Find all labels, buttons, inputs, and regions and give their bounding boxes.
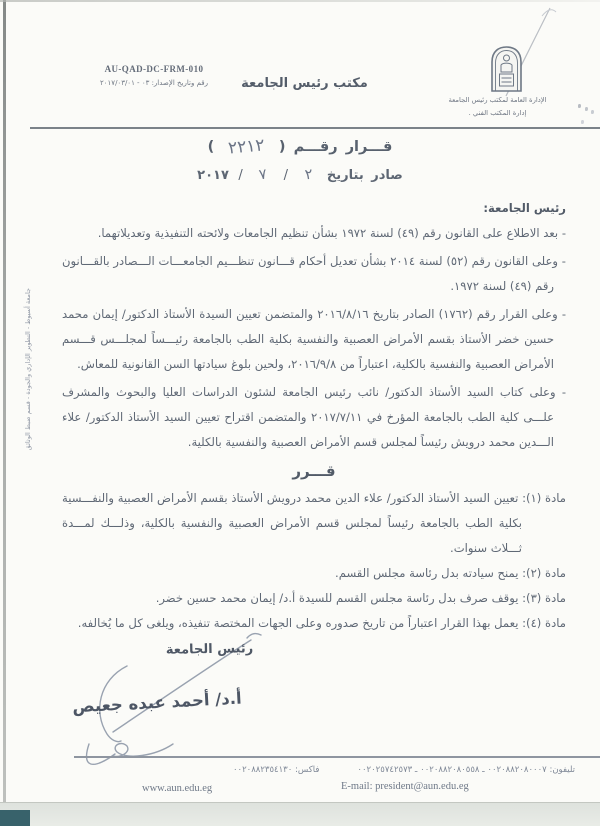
scan-bottom-strip [0,802,600,826]
scan-corner-artifact [0,810,30,826]
phone-label: تليفون: [549,765,575,775]
article-2: مادة (٢): يمنح سيادته بدل رئاسة مجلس الق… [62,561,566,586]
decree-date-line: صادر بتاريخ ٢ / ٧ / ٢٠١٧ [140,167,460,183]
article-3: مادة (٣): يوقف صرف بدل رئاسة مجلس القسم … [62,586,566,611]
decree-body: رئيس الجامعة: - بعد الاطلاع على القانون … [62,196,566,636]
decree-title: قـــرار رقـــم ( ٢٢١٢ ) [140,136,460,156]
phone-numbers: ٠٠٢٠٨٨٢٠٨٠٠٠٧ ـ ٠٠٢٠٨٨٢٠٨٠٥٥٨ ـ ٠٠٢٠٢٥٧٤… [357,765,546,775]
decree-number-handwritten: ٢٢١٢ [228,135,266,158]
fax-block: فاكس: ٠٠٢٠٨٨٢٣٥٤١٣٠ [233,765,319,775]
preamble-item-4: - وعلى كتاب السيد الأستاذ الدكتور/ نائب … [62,380,566,455]
department-line-1: الإدارة العامة لمكتب رئيس الجامعة [445,94,550,107]
decision-heading: قـــرر [62,459,566,484]
preamble-item-2: - وعلى القانون رقم (٥٢) لسنة ٢٠١٤ بشأن ت… [62,249,566,299]
website-text: www.aun.edu.eg [142,783,212,794]
phone-block: تليفون: ٠٠٢٠٨٨٢٠٨٠٠٠٧ ـ ٠٠٢٠٨٨٢٠٨٠٥٥٨ ـ … [357,765,575,775]
salutation: رئيس الجامعة: [62,196,566,221]
scan-edge-left [3,0,6,806]
fax-label: فاكس: [295,765,319,775]
date-month-handwritten: ٧ [258,167,268,184]
form-code: AU-QAD-DC-FRM-010 [86,64,222,74]
side-margin-note: جامعة أسيوط - التطوير الإداري والجودة - … [24,288,32,516]
footer-contact-line: تليفون: ٠٠٢٠٨٨٢٠٨٠٠٠٧ ـ ٠٠٢٠٨٨٢٠٨٠٥٥٨ ـ … [118,765,575,775]
preamble-item-1: - بعد الاطلاع على القانون رقم (٤٩) لسنة … [62,221,566,246]
department-line-2: إدارة المكتب الفني . [445,107,550,120]
scanned-decree-page: AU-QAD-DC-FRM-010 رقم وتاريخ الإصدار: ٠٣… [0,0,600,826]
header-divider [30,127,600,129]
decree-title-prefix: قـــرار رقـــم ( [279,139,393,155]
article-1: مادة (١): تعيين السيد الأستاذ الدكتور/ ع… [62,486,566,561]
date-separator: / [284,168,288,183]
decree-title-suffix: ) [208,139,215,155]
date-year: ٢٠١٧ [197,168,229,183]
signer-title: رئيس الجامعة [152,641,267,658]
preamble-item-3: - وعلى القرار رقم (١٧٦٢) الصادر بتاريخ ٢… [62,302,566,377]
university-logo-icon [489,45,524,94]
form-issue-line: رقم وتاريخ الإصدار: ٠٣ - ٢٠١٧/٠٣/٠١ [86,79,222,87]
department-captions: الإدارة العامة لمكتب رئيس الجامعة إدارة … [445,94,550,120]
footer-divider [74,756,600,758]
fax-number: ٠٠٢٠٨٨٢٣٥٤١٣٠ [233,765,292,775]
date-day-handwritten: ٢ [304,167,314,184]
form-code-block: AU-QAD-DC-FRM-010 رقم وتاريخ الإصدار: ٠٣… [86,64,222,87]
issued-label: صادر بتاريخ [327,168,403,183]
date-separator: / [238,168,242,183]
email-text: E-mail: president@aun.edu.eg [341,781,511,792]
office-title: مكتب رئيس الجامعة [222,76,387,91]
